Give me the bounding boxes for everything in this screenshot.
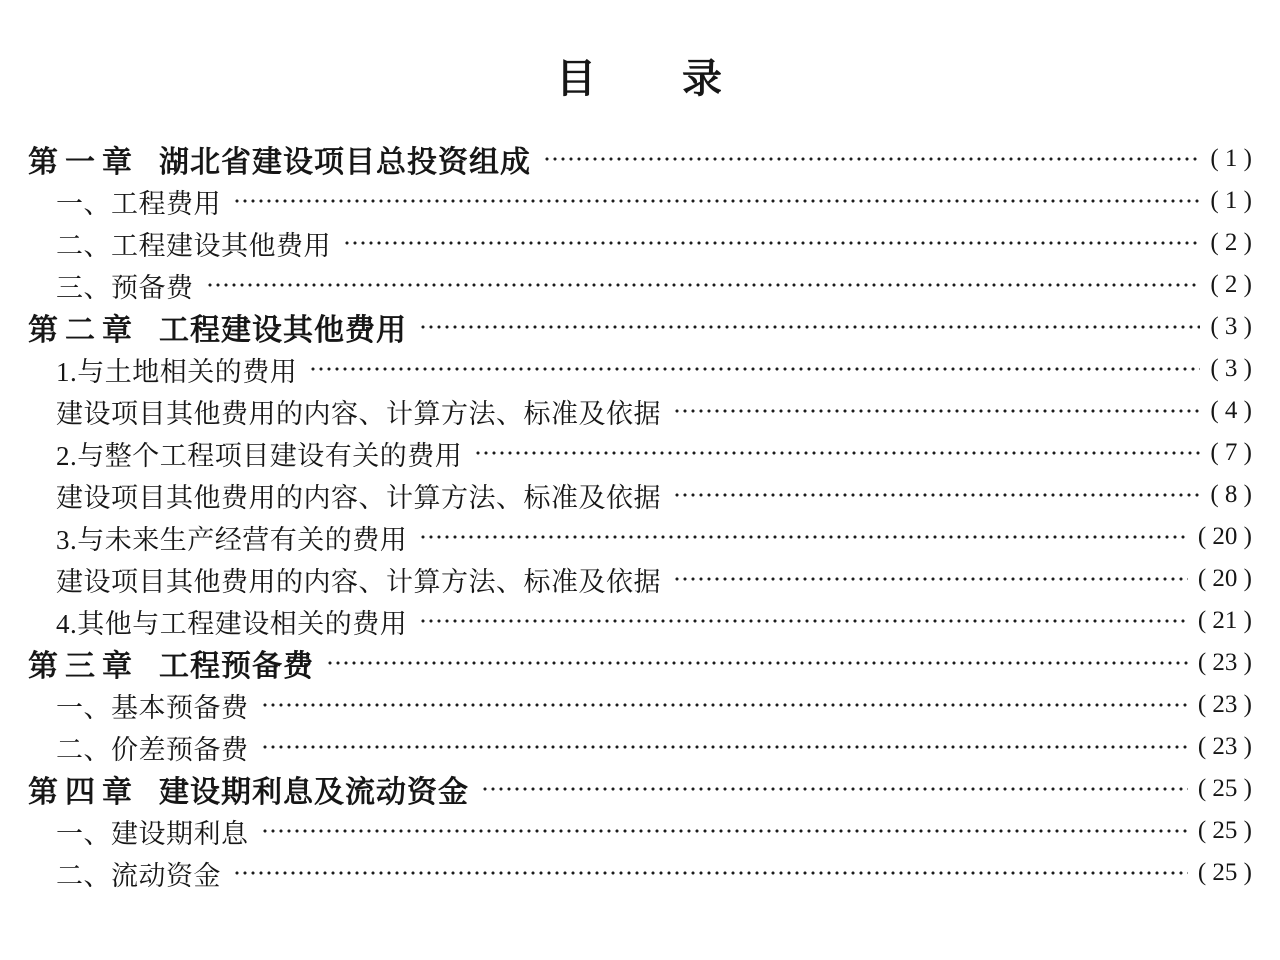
toc-entry: 第三章 工程预备费 ( 23 ) — [28, 642, 1252, 684]
toc-entry: 一、工程费用 ( 1 ) — [28, 180, 1252, 222]
toc-entry-label: 建设项目其他费用的内容、计算方法、标准及依据 — [56, 392, 661, 431]
toc-entry-label: 建设项目其他费用的内容、计算方法、标准及依据 — [56, 560, 661, 599]
toc-entry-page: ( 1 ) — [1210, 145, 1252, 173]
leader-dots — [233, 198, 1200, 204]
toc-entry-page: ( 23 ) — [1198, 649, 1252, 677]
toc-entry-page: ( 20 ) — [1198, 523, 1252, 551]
toc-entry-page: ( 4 ) — [1210, 397, 1252, 425]
leader-dots — [326, 660, 1188, 666]
toc-entry-chapter-number: 第二章 — [28, 305, 139, 349]
toc-entry-page: ( 2 ) — [1210, 229, 1252, 257]
document-page: 目 录 第一章 湖北省建设项目总投资组成 ( 1 ) 一、工程费用 ( 1 ) … — [0, 0, 1280, 960]
leader-dots — [673, 576, 1188, 582]
toc-entry: 建设项目其他费用的内容、计算方法、标准及依据 ( 4 ) — [28, 390, 1252, 432]
toc-entry: 第四章 建设期利息及流动资金 ( 25 ) — [28, 768, 1252, 810]
toc-entry-label: 3.与未来生产经营有关的费用 — [56, 518, 407, 557]
toc-entry: 3.与未来生产经营有关的费用 ( 20 ) — [28, 516, 1252, 558]
toc-entry-label: 二、流动资金 — [56, 854, 221, 893]
toc-entry-label: 建设项目其他费用的内容、计算方法、标准及依据 — [56, 476, 661, 515]
toc-entry: 建设项目其他费用的内容、计算方法、标准及依据 ( 20 ) — [28, 558, 1252, 600]
toc-entry: 1.与土地相关的费用 ( 3 ) — [28, 348, 1252, 390]
toc-entry-label: 建设期利息及流动资金 — [159, 767, 469, 811]
toc-entry-label: 2.与整个工程项目建设有关的费用 — [56, 434, 462, 473]
toc-entry-page: ( 7 ) — [1210, 439, 1252, 467]
toc-entry-page: ( 8 ) — [1210, 481, 1252, 509]
leader-dots — [343, 240, 1200, 246]
toc-entry-page: ( 1 ) — [1210, 187, 1252, 215]
toc-entry: 第一章 湖北省建设项目总投资组成 ( 1 ) — [28, 138, 1252, 180]
toc-entry-label: 一、建设期利息 — [56, 812, 249, 851]
toc-entry-label: 一、工程费用 — [56, 182, 221, 221]
toc-entry-chapter-number: 第三章 — [28, 641, 139, 685]
toc-entry-label: 1.与土地相关的费用 — [56, 350, 297, 389]
leader-dots — [206, 282, 1201, 288]
leader-dots — [543, 156, 1200, 162]
leader-dots — [261, 744, 1188, 750]
toc-entry: 一、建设期利息 ( 25 ) — [28, 810, 1252, 852]
leader-dots — [673, 408, 1200, 414]
toc-entry-page: ( 21 ) — [1198, 607, 1252, 635]
toc-entry-page: ( 25 ) — [1198, 817, 1252, 845]
toc-entry-label: 工程建设其他费用 — [159, 305, 407, 349]
toc-entry-label: 湖北省建设项目总投资组成 — [159, 137, 531, 181]
toc-entry-page: ( 20 ) — [1198, 565, 1252, 593]
toc-entry-page: ( 3 ) — [1210, 355, 1252, 383]
page-title: 目 录 — [28, 56, 1252, 102]
leader-dots — [233, 870, 1188, 876]
leader-dots — [474, 450, 1200, 456]
leader-dots — [481, 786, 1188, 792]
toc-entry: 三、预备费 ( 2 ) — [28, 264, 1252, 306]
toc-list: 第一章 湖北省建设项目总投资组成 ( 1 ) 一、工程费用 ( 1 ) 二、工程… — [28, 138, 1252, 894]
toc-entry-label: 4.其他与工程建设相关的费用 — [56, 602, 407, 641]
toc-entry-chapter-number: 第一章 — [28, 137, 139, 181]
toc-entry-page: ( 23 ) — [1198, 691, 1252, 719]
leader-dots — [309, 366, 1200, 372]
toc-entry-label: 工程预备费 — [159, 641, 314, 685]
toc-entry: 二、工程建设其他费用 ( 2 ) — [28, 222, 1252, 264]
toc-entry-label: 二、价差预备费 — [56, 728, 249, 767]
leader-dots — [419, 534, 1188, 540]
toc-entry: 2.与整个工程项目建设有关的费用 ( 7 ) — [28, 432, 1252, 474]
leader-dots — [261, 828, 1188, 834]
toc-entry-page: ( 3 ) — [1210, 313, 1252, 341]
toc-entry: 建设项目其他费用的内容、计算方法、标准及依据 ( 8 ) — [28, 474, 1252, 516]
toc-entry-page: ( 25 ) — [1198, 859, 1252, 887]
toc-entry-page: ( 2 ) — [1210, 271, 1252, 299]
toc-entry-page: ( 25 ) — [1198, 775, 1252, 803]
leader-dots — [261, 702, 1188, 708]
toc-entry-label: 一、基本预备费 — [56, 686, 249, 725]
leader-dots — [419, 324, 1200, 330]
toc-entry-page: ( 23 ) — [1198, 733, 1252, 761]
toc-entry: 一、基本预备费 ( 23 ) — [28, 684, 1252, 726]
toc-entry: 二、价差预备费 ( 23 ) — [28, 726, 1252, 768]
leader-dots — [673, 492, 1200, 498]
toc-entry: 4.其他与工程建设相关的费用 ( 21 ) — [28, 600, 1252, 642]
toc-entry: 第二章 工程建设其他费用 ( 3 ) — [28, 306, 1252, 348]
toc-entry-label: 二、工程建设其他费用 — [56, 224, 331, 263]
toc-entry-label: 三、预备费 — [56, 266, 194, 305]
toc-entry: 二、流动资金 ( 25 ) — [28, 852, 1252, 894]
leader-dots — [419, 618, 1188, 624]
toc-entry-chapter-number: 第四章 — [28, 767, 139, 811]
